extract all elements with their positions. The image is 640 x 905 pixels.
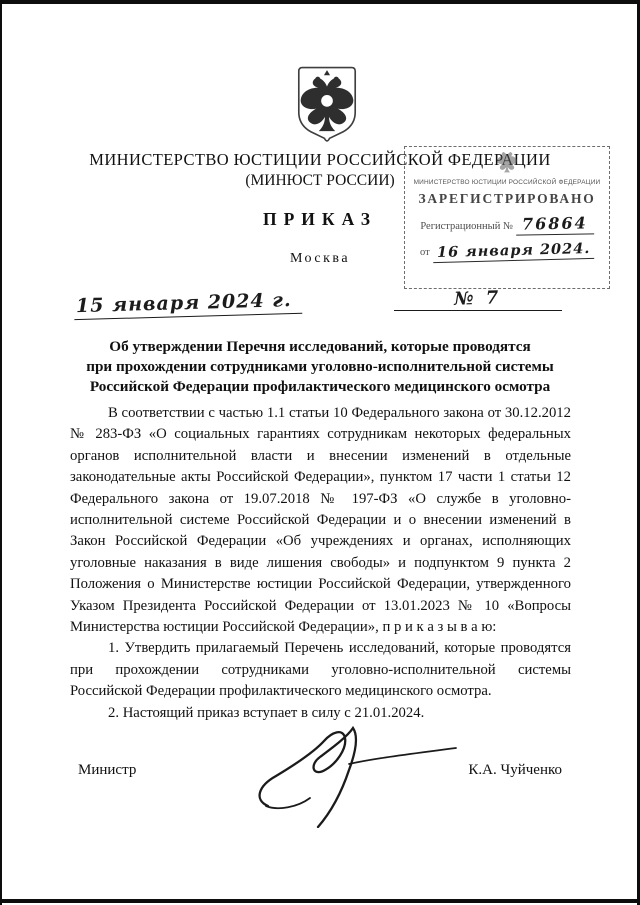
order-number-handwritten: № 7 (454, 287, 502, 310)
stamp-date-value: 16 января 2024. (432, 240, 594, 263)
order-body: В соответствии с частью 1.1 статьи 10 Фе… (70, 403, 571, 724)
signer-name: К.А. Чуйченко (468, 762, 562, 779)
stamp-date-prefix: от (420, 247, 430, 258)
order-title-line-3: Российской Федерации профилактического м… (68, 377, 572, 397)
order-title-line-2: при прохождении сотрудниками уголовно-ис… (68, 357, 572, 377)
order-title: Об утверждении Перечня исследований, кот… (68, 337, 572, 398)
scan-border-left (0, 0, 2, 905)
registration-stamp: МИНИСТЕРСТВО ЮСТИЦИИ РОССИЙСКОЙ ФЕДЕРАЦИ… (404, 146, 610, 289)
scan-border-bottom (0, 899, 640, 903)
order-date-row: 15 января 2024 г. (74, 292, 302, 317)
body-paragraph-item-1: 1. Утвердить прилагаемый Перечень исслед… (70, 638, 571, 702)
order-number-row: № 7 (394, 288, 562, 311)
order-title-line-1: Об утверждении Перечня исследований, кот… (68, 337, 572, 357)
stamp-registered-label: ЗАРЕГИСТРИРОВАНО (405, 191, 609, 207)
coat-of-arms-icon (294, 66, 360, 146)
stamp-eagle-icon (494, 148, 520, 178)
order-date-handwritten: 15 января 2024 г. (74, 289, 302, 320)
stamp-reg-number-label: Регистрационный № (420, 221, 513, 232)
stamp-ministry-name: МИНИСТЕРСТВО ЮСТИЦИИ РОССИЙСКОЙ ФЕДЕРАЦИ… (407, 179, 607, 186)
scanned-order-document: МИНИСТЕРСТВО ЮСТИЦИИ РОССИЙСКОЙ ФЕДЕРАЦИ… (0, 0, 640, 905)
scan-border-top (0, 0, 640, 4)
stamp-reg-number-value: 76864 (516, 213, 594, 235)
stamp-registration-date-row: от16 января 2024. (405, 242, 609, 261)
body-paragraph-preamble: В соответствии с частью 1.1 статьи 10 Фе… (70, 403, 571, 638)
signer-position: Министр (78, 762, 136, 779)
signature-autograph (252, 710, 462, 828)
stamp-registration-number-row: Регистрационный №76864 (405, 214, 609, 235)
